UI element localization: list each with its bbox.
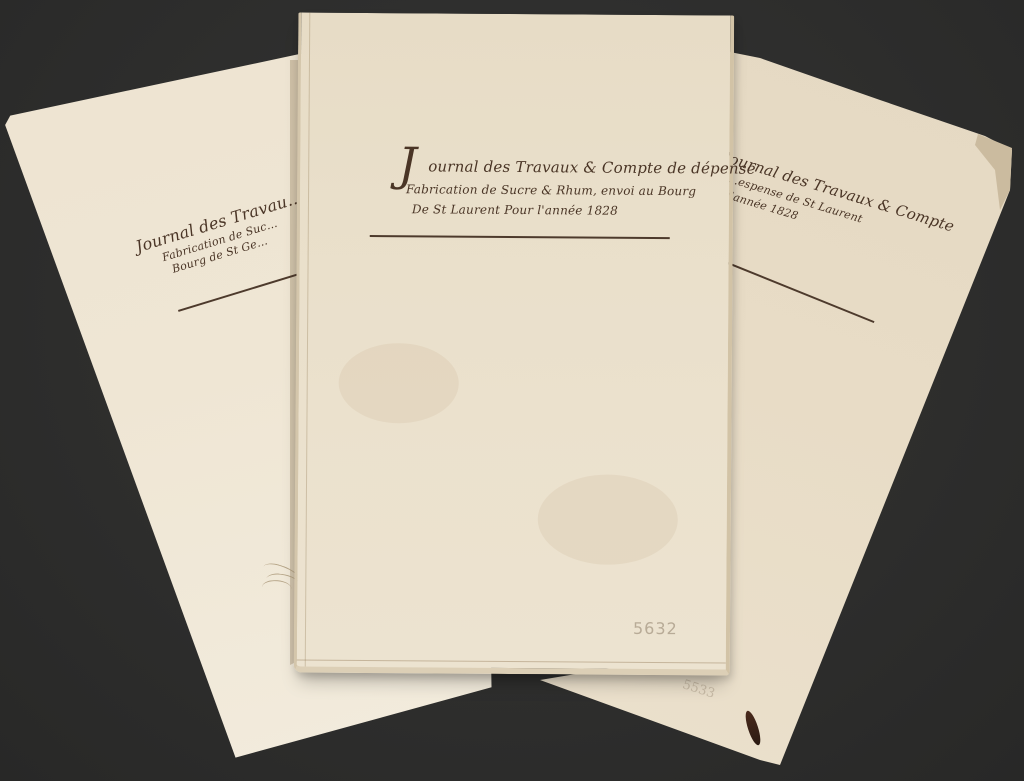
- middle-title-underline: [370, 235, 670, 239]
- middle-title-line-3: De St Laurent Pour l'année 1828: [412, 203, 618, 216]
- middle-title-initial: J: [398, 141, 417, 187]
- photograph-background: Journal des Travau… Fabrication de Suc… …: [0, 0, 1024, 781]
- paper-stain: [537, 474, 678, 565]
- middle-journal: J ournal des Travaux & Compte de dépense…: [294, 12, 735, 675]
- middle-pencil-number: 5632: [633, 619, 678, 638]
- middle-title-line-1: ournal des Travaux & Compte de dépense: [428, 159, 756, 176]
- paper-stain: [338, 343, 459, 424]
- middle-title-line-2: Fabrication de Sucre & Rhum, envoi au Bo…: [406, 183, 696, 197]
